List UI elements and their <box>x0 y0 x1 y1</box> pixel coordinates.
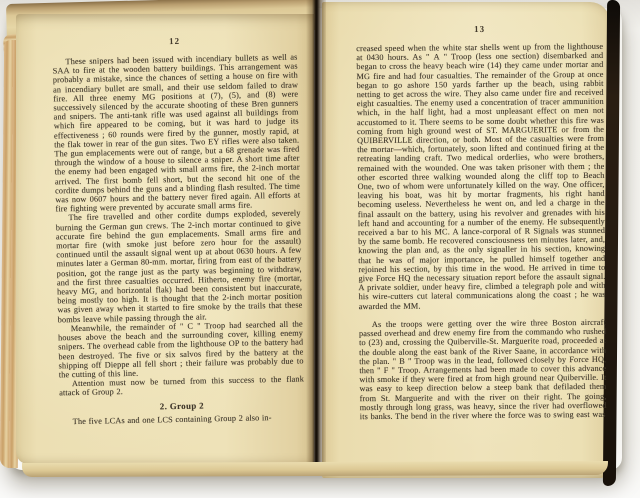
body-paragraph: Attention must now be turned from this s… <box>59 375 304 398</box>
body-paragraph: As the troops were getting over the wire… <box>359 318 607 422</box>
body-paragraph: Meanwhile, the remainder of " C " Troop … <box>58 319 304 379</box>
body-paragraph: creased speed when the white star shells… <box>356 42 606 311</box>
body-paragraph: The fire travelled and other cordite dum… <box>56 209 303 324</box>
bottom-page-edges <box>22 461 608 477</box>
left-page-text: 12 These snipers had been issued with in… <box>52 34 305 427</box>
book-gutter <box>306 0 326 476</box>
book-scan: 12 These snipers had been issued with in… <box>0 0 640 498</box>
body-paragraph: These snipers had been issued with incen… <box>52 53 300 214</box>
section-heading: 2. Group 2 <box>59 398 304 413</box>
right-page-text: 13 creased speed when the white star she… <box>356 23 607 421</box>
page-number-right: 13 <box>356 23 603 35</box>
